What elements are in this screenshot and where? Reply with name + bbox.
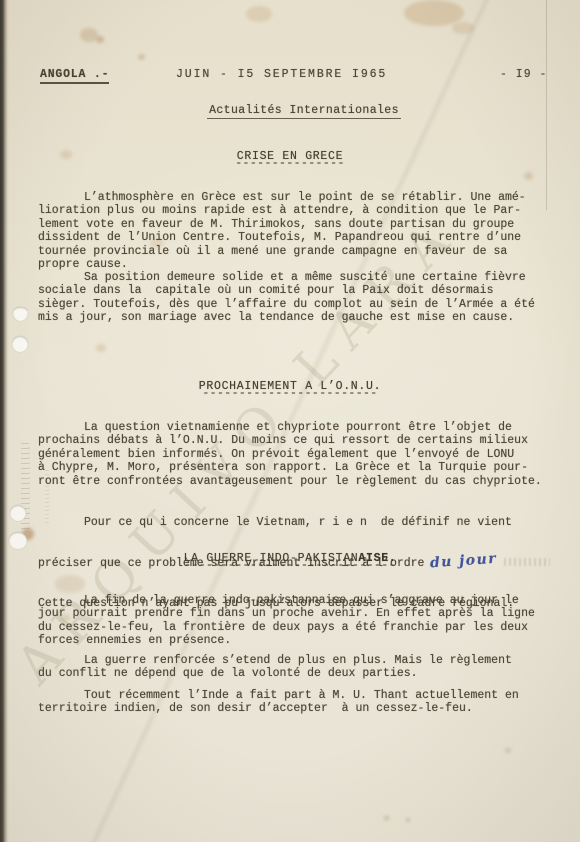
paper-stain [524,172,533,180]
date-line: JUIN - I5 SEPTEMBRE I965 [176,68,387,81]
paper-stain [80,28,98,42]
paper-stain [246,6,272,22]
paper-stain [406,818,410,822]
paragraph: L’athmosphère en Grèce est sur le point … [38,191,554,271]
paper-stain [96,36,104,43]
punch-hole [9,532,27,549]
collection-label: ANGOLA .- [40,68,109,84]
paper-stain [404,0,464,26]
section-rule: ------------------------ [0,389,580,399]
paper-stain [452,22,474,34]
paragraph: La guerre renforcée s’etend de plus en p… [38,654,554,681]
section-heading-crise: CRISE EN GRECE --------------- [0,150,580,169]
section-heading-guerre: LA GUERRE INDO-PAKISTANAISE. -----------… [0,552,580,571]
section-rule: --------------- [0,159,580,169]
paragraph: Sa position demeure solide et a même sus… [38,271,554,325]
paragraph: La fin de la guerre indo-pakistannaise q… [38,594,554,648]
document-title-text: Actualités Internationales [207,104,401,119]
punch-hole [13,307,28,321]
section-rule: ----------------------------- [0,561,580,571]
section-heading-onu: PROCHAINEMENT A L’O.N.U. ---------------… [0,380,580,399]
paper-stain [505,748,511,753]
punch-hole [10,505,26,521]
paper-stain [96,344,106,352]
scanned-document-page: ARQUIVO LARA ANGOLA .- JUIN - I5 SEPTEMB… [0,0,580,842]
paragraph: Tout récemment l’Inde a fait part à M. U… [38,689,554,716]
page-number: - I9 - [500,68,547,81]
punch-hole [12,336,28,352]
scan-edge-shadow [0,0,9,842]
typed-line: Pour ce qu i concerne le Vietnam, r i e … [38,516,554,529]
paragraph: La question vietnamienne et chypriote po… [38,421,554,488]
document-title: Actualités Internationales [0,104,580,119]
paper-stain [138,54,145,60]
paper-stain [384,816,389,820]
